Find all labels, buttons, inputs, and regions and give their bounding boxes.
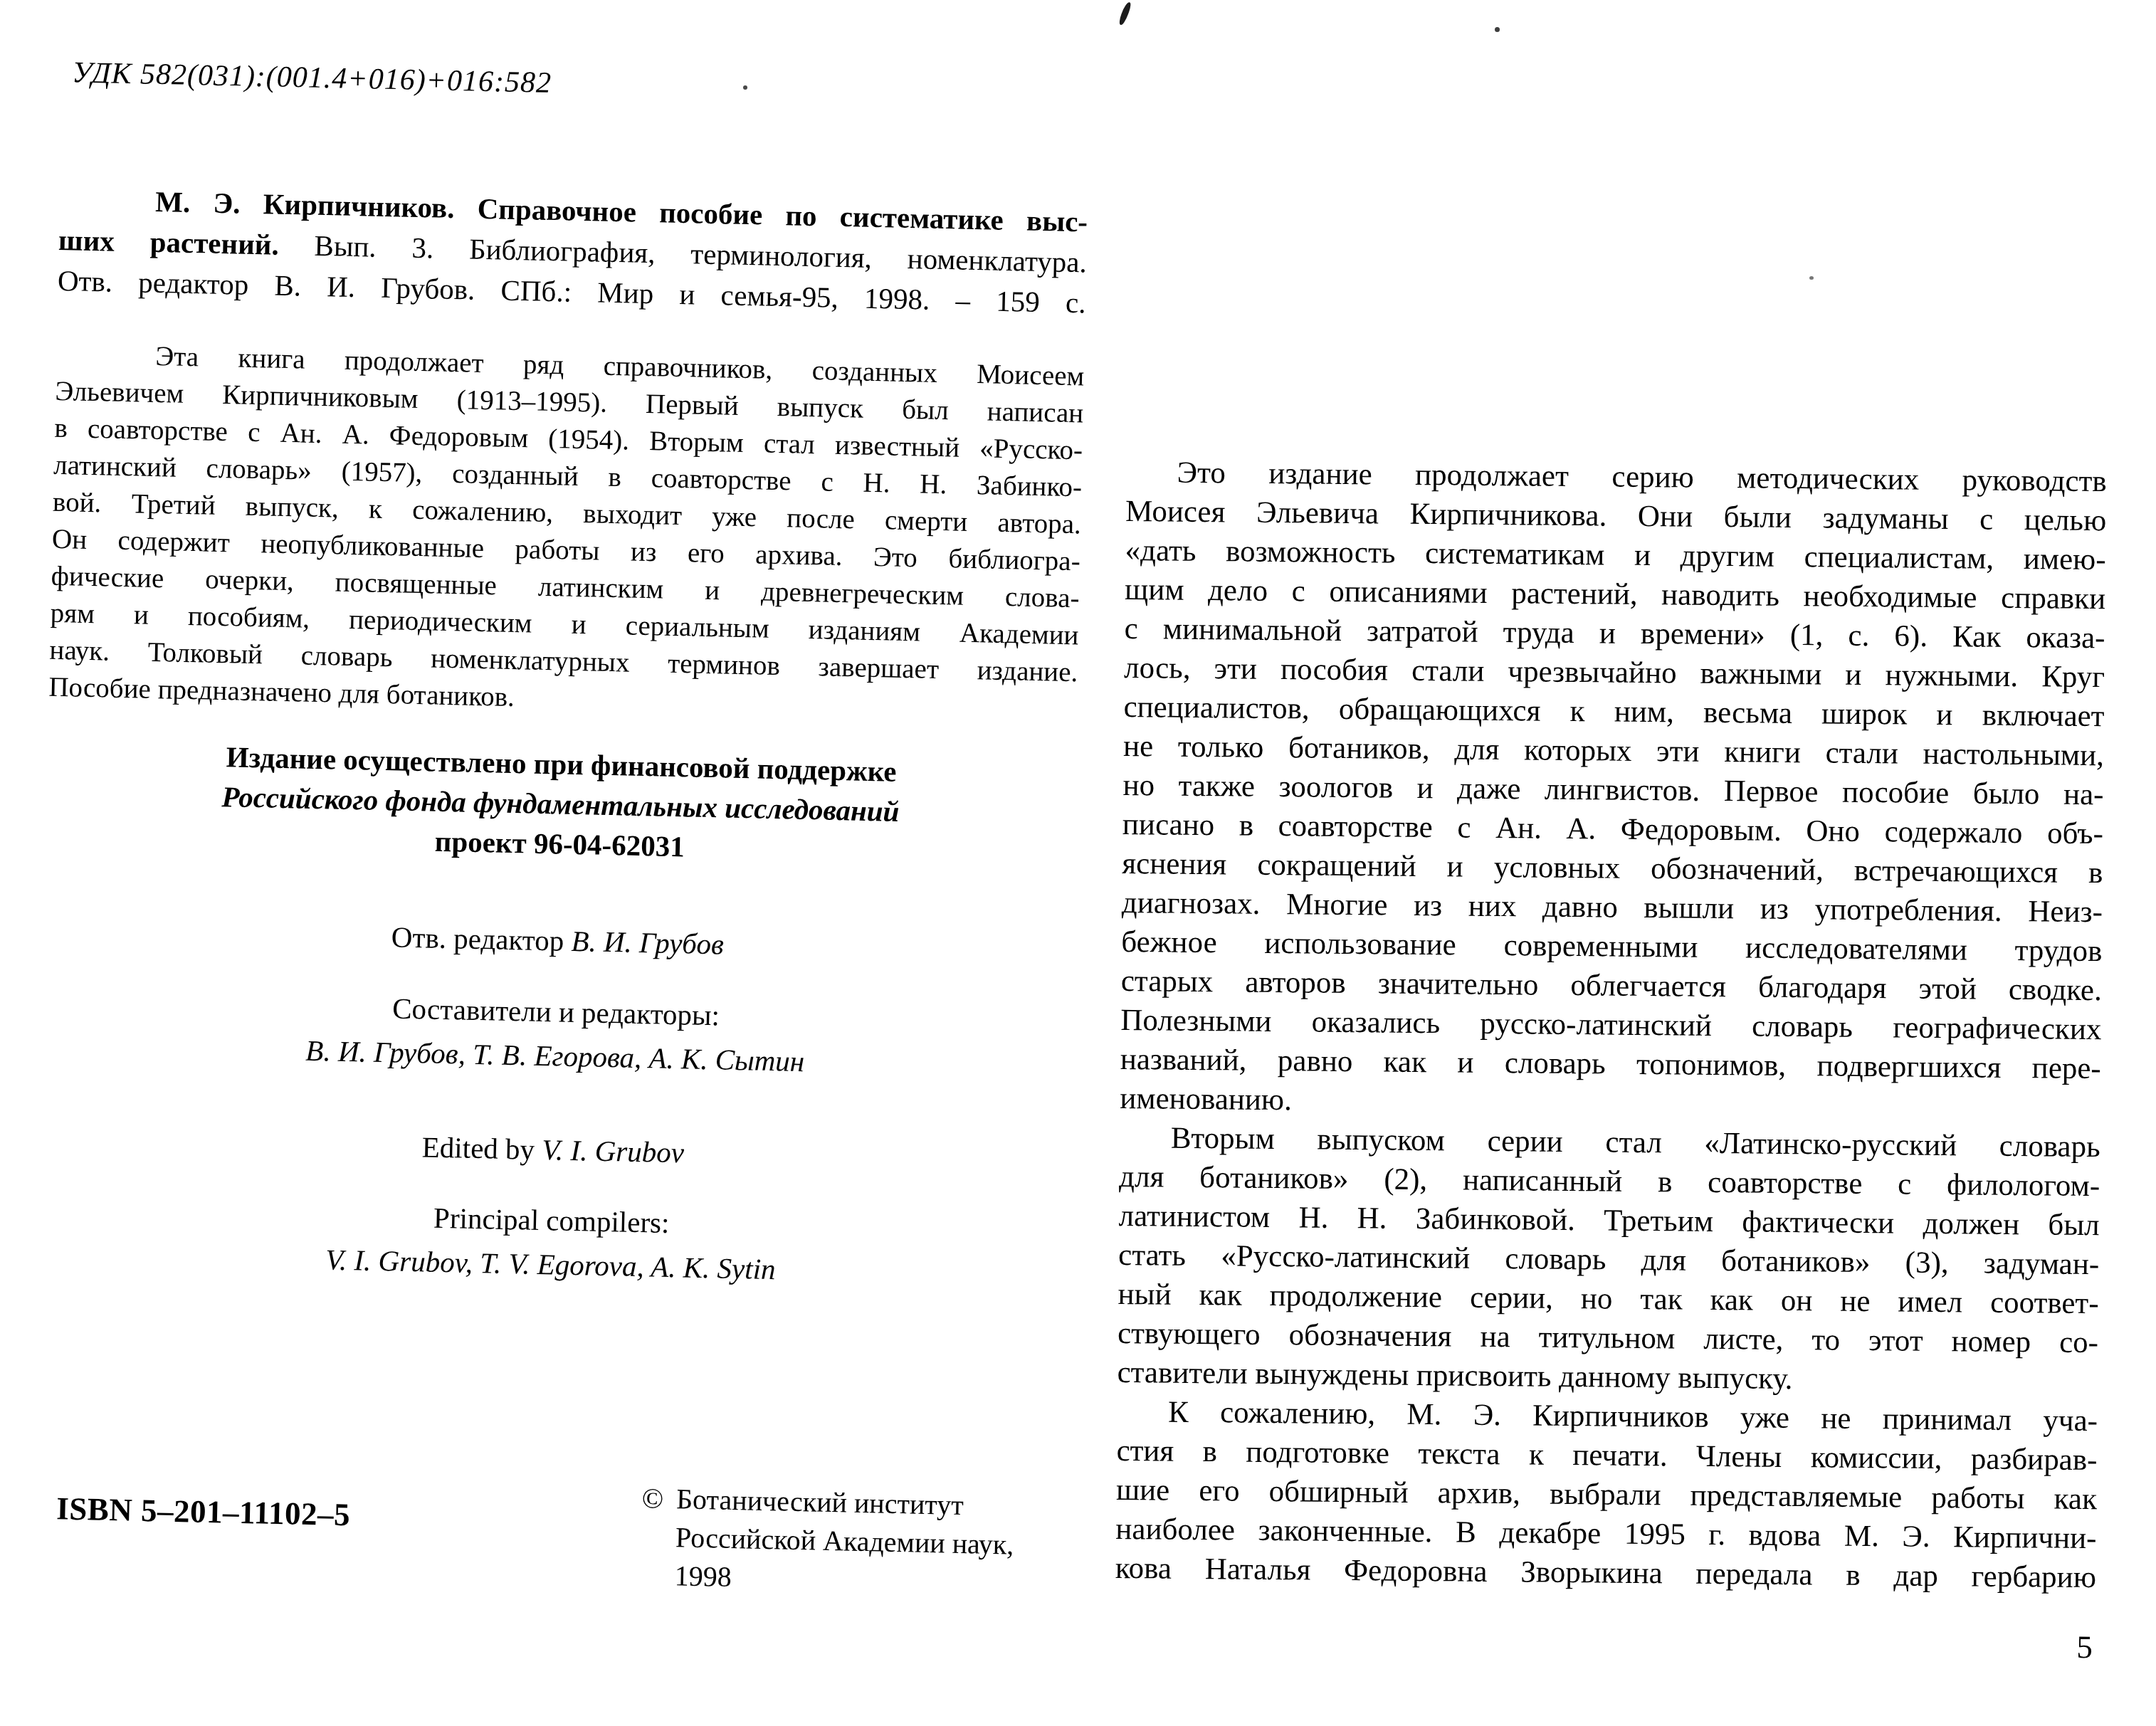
editor-label: Отв. редактор: [391, 920, 572, 957]
scan-artifact: [1809, 276, 1814, 280]
copyright-holder: Ботанический институт Российской Академи…: [674, 1480, 1015, 1602]
editor-name: В. И. Грубов: [571, 925, 724, 961]
compilers-ru: Составители и редакторы: В. И. Грубов, Т…: [41, 979, 1071, 1089]
copyright-year: 1998: [674, 1557, 1013, 1602]
bibliographic-entry: М. Э. Кирпичников. Справочное пособие по…: [57, 179, 1088, 323]
left-page: УДК 582(031):(001.4+016)+016:582 М. Э. К…: [26, 50, 1090, 1726]
imprint-bottom-row: ISBN 5–201–11102–5 © Ботанический инстит…: [27, 1466, 1060, 1702]
body-paragraph-2: Вторым выпуском серии стал «Латинско-рус…: [1117, 1118, 2100, 1401]
edited-by-name: V. I. Grubov: [542, 1133, 685, 1169]
editor-line: Отв. редактор В. И. Грубов: [43, 910, 1072, 972]
scanned-book-spread: УДК 582(031):(001.4+016)+016:582 М. Э. К…: [0, 0, 2156, 1726]
udk-line: УДК 582(031):(001.4+016)+016:582: [72, 56, 1091, 112]
scan-artifact: [1495, 27, 1500, 32]
edited-by-label: Edited by: [421, 1130, 542, 1166]
right-page: Это издание продолжает серию методически…: [1114, 453, 2107, 1715]
funding-note: Издание осуществлено при финансовой подд…: [45, 733, 1076, 875]
abstract-paragraph: Эта книга продолжает ряд справочников, с…: [48, 336, 1085, 728]
page-number: 5: [2076, 1628, 2093, 1667]
body-paragraph-1: Это издание продолжает серию методически…: [1120, 453, 2107, 1127]
biblio-title-bold: ших растений.: [58, 223, 280, 261]
edited-by-line: Edited by V. I. Grubov: [38, 1119, 1068, 1182]
compilers-en: Principal compilers: V. I. Grubov, T. V.…: [36, 1187, 1066, 1298]
copyright-icon: ©: [640, 1479, 664, 1595]
scan-artifact: [1118, 1, 1132, 26]
body-paragraph-3: К сожалению, М. Э. Кирпичников уже не пр…: [1115, 1392, 2098, 1597]
isbn: ISBN 5–201–11102–5: [56, 1490, 351, 1533]
copyright: © Ботанический институт Российской Акаде…: [640, 1479, 1015, 1602]
